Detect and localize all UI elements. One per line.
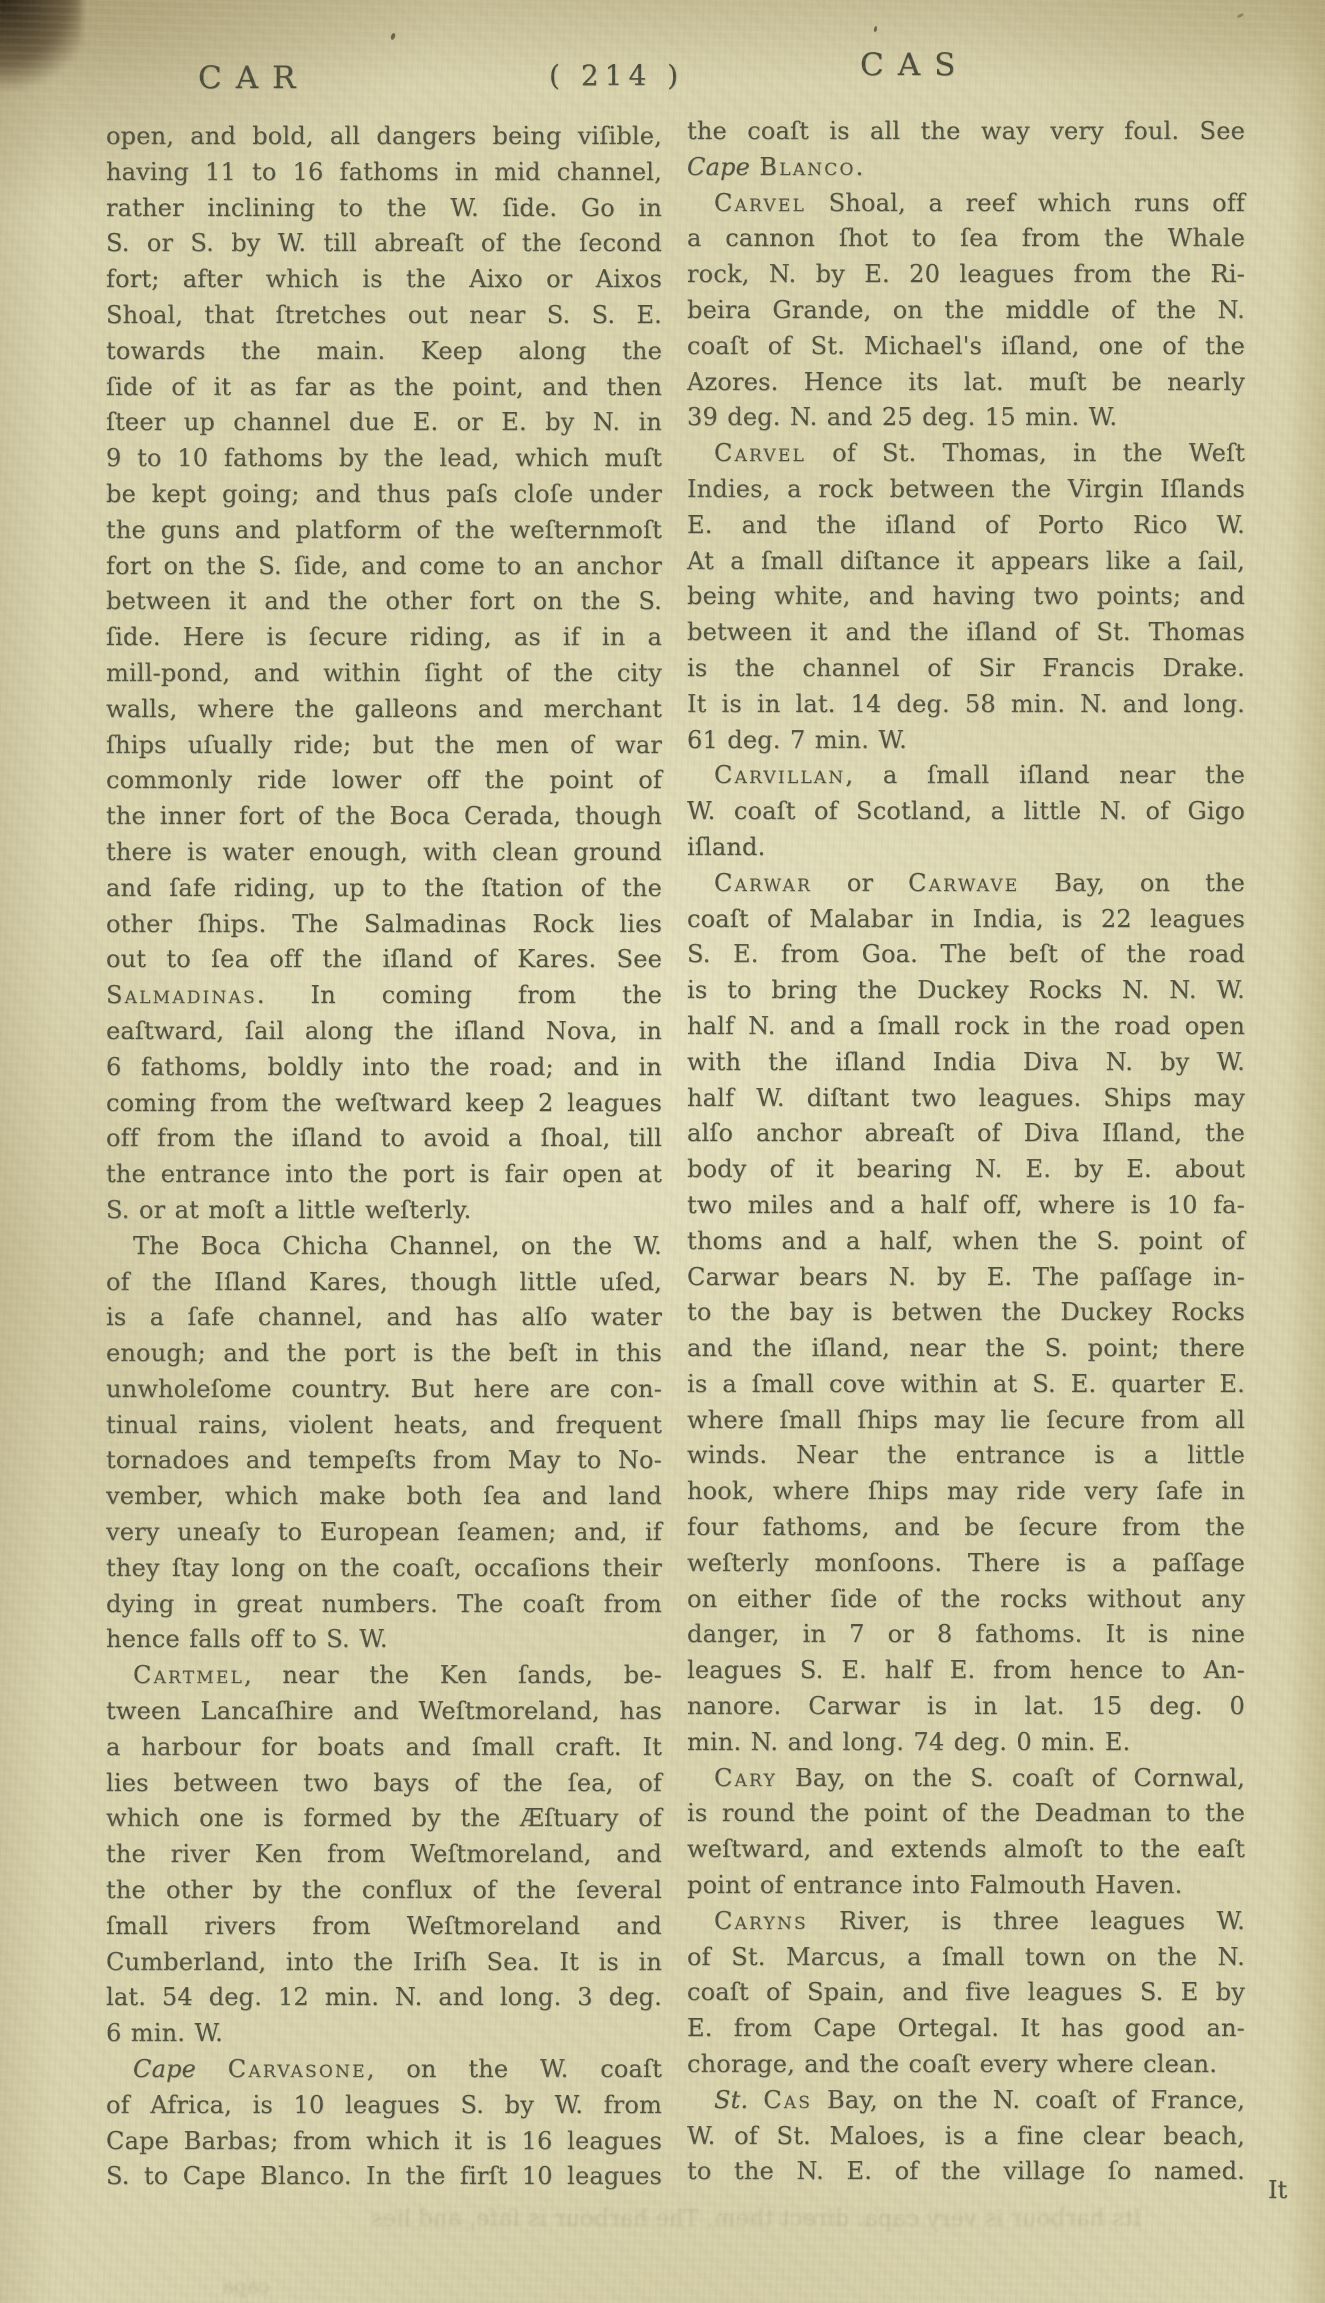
text-line: four fathoms, and be ſecure from the bbox=[687, 1510, 1245, 1546]
text-line: lat. 54 deg. 12 min. N. and long. 3 deg. bbox=[106, 1980, 662, 2016]
text-line: min. N. and long. 74 deg. 0 min. E. bbox=[687, 1725, 1245, 1761]
text-line: the other by the conflux of the ſeveral bbox=[106, 1873, 662, 1909]
text-segment: ſmall rivers from Weſtmoreland and bbox=[106, 1912, 662, 1940]
entry-name-smallcaps: Carvasone bbox=[228, 2055, 367, 2083]
text-segment: Bay, on the N. coaſt of France, bbox=[812, 2086, 1245, 2114]
text-line: weſtward, and extends almoſt to the eaſt bbox=[687, 1832, 1245, 1868]
text-segment: weſterly monſoons. There is a paſſage bbox=[687, 1549, 1245, 1577]
text-line: hence falls off to S. W. bbox=[106, 1622, 662, 1658]
text-segment: Shoal, a reef which runs off bbox=[806, 189, 1245, 217]
text-line: St. Cas Bay, on the N. coaſt of France, bbox=[687, 2083, 1245, 2119]
text-segment: S. or at moſt a little weſterly. bbox=[106, 1196, 471, 1224]
text-line: S. or at moſt a little weſterly. bbox=[106, 1193, 662, 1229]
text-segment: is a ſmall cove within at S. E. quarter … bbox=[687, 1370, 1245, 1398]
text-segment: two miles and a half off, where is 10 fa… bbox=[687, 1191, 1245, 1219]
text-segment: , a ſmall iſland near the bbox=[845, 761, 1245, 789]
text-line: be kept going; and thus paſs cloſe under bbox=[106, 477, 662, 513]
text-segment: vember, which make both ſea and land bbox=[106, 1482, 662, 1510]
text-segment: of the Iſland Kares, though little uſed, bbox=[106, 1268, 662, 1296]
text-line: being white, and having two points; and bbox=[687, 579, 1245, 615]
text-segment: Bay, on the S. coaſt of Cornwal, bbox=[777, 1764, 1245, 1792]
text-line: lies between two bays of the ſea, of bbox=[106, 1766, 662, 1802]
text-line: of St. Marcus, a ſmall town on the N. bbox=[687, 1940, 1245, 1976]
text-segment: Carwar bears N. by E. The paſſage in- bbox=[687, 1263, 1245, 1291]
text-segment: the river Ken from Weſtmoreland, and bbox=[106, 1840, 662, 1868]
text-segment: eaſtward, ſail along the iſland Nova, in bbox=[106, 1017, 662, 1045]
text-segment: coaſt of Spain, and five leagues S. E by bbox=[687, 1978, 1245, 2006]
text-line: the river Ken from Weſtmoreland, and bbox=[106, 1837, 662, 1873]
text-line: open, and bold, all dangers being viſibl… bbox=[106, 119, 662, 155]
text-segment: . bbox=[856, 153, 864, 181]
text-segment: the guns and platform of the weſternmoſt bbox=[106, 516, 662, 544]
text-segment: coaſt of Malabar in India, is 22 leagues bbox=[687, 905, 1245, 933]
text-line: they ſtay long on the coaſt, occaſions t… bbox=[106, 1551, 662, 1587]
text-segment: towards the main. Keep along the bbox=[106, 337, 662, 365]
text-segment: ſhips uſually ride; but the men of war bbox=[106, 731, 662, 759]
text-line: ſide of it as far as the point, and then bbox=[106, 370, 662, 406]
text-line: is to bring the Duckey Rocks N. N. W. bbox=[687, 973, 1245, 1009]
entry-name-smallcaps: Salmadinas bbox=[106, 981, 257, 1009]
text-line: chorage, and the coaſt every where clean… bbox=[687, 2047, 1245, 2083]
text-segment: a cannon ſhot to ſea from the Whale bbox=[687, 224, 1245, 252]
text-line: and the iſland, near the S. point; there bbox=[687, 1331, 1245, 1367]
text-segment: walls, where the galleons and merchant bbox=[106, 695, 662, 723]
text-segment: Shoal, that ſtretches out near S. S. E. bbox=[106, 301, 662, 329]
text-segment: hence falls off to S. W. bbox=[106, 1625, 388, 1653]
text-segment: or bbox=[812, 869, 908, 897]
text-segment: alſo anchor abreaſt of Diva Iſland, the bbox=[687, 1119, 1245, 1147]
text-segment: very uneaſy to European ſeamen; and, if bbox=[106, 1518, 662, 1546]
text-line: winds. Near the entrance is a little bbox=[687, 1438, 1245, 1474]
text-segment: , on the W. coaſt bbox=[367, 2055, 662, 2083]
text-segment: beira Grande, on the middle of the N. bbox=[687, 296, 1245, 324]
text-line: Indies, a rock between the Virgin Iſland… bbox=[687, 472, 1245, 508]
text-segment: four fathoms, and be ſecure from the bbox=[687, 1513, 1245, 1541]
text-segment: they ſtay long on the coaſt, occaſions t… bbox=[106, 1554, 662, 1582]
italic-text: Cape bbox=[133, 2055, 228, 2083]
text-line: The Boca Chicha Channel, on the W. bbox=[106, 1229, 662, 1265]
text-segment: E. and the iſland of Porto Rico W. bbox=[687, 511, 1245, 539]
text-line: is round the point of the Deadman to the bbox=[687, 1796, 1245, 1832]
entry-name-smallcaps: Cartmel bbox=[133, 1661, 244, 1689]
text-line: the guns and platform of the weſternmoſt bbox=[106, 513, 662, 549]
text-line: Cumberland, into the Iriſh Sea. It is in bbox=[106, 1945, 662, 1981]
text-segment: the coaſt is all the way very foul. See bbox=[687, 117, 1245, 145]
scan-dark-corner bbox=[0, 0, 82, 94]
text-line: Carvillan, a ſmall iſland near the bbox=[687, 758, 1245, 794]
text-segment: and the iſland, near the S. point; there bbox=[687, 1334, 1245, 1362]
text-line: S. or S. by W. till abreaſt of the ſecon… bbox=[106, 226, 662, 262]
text-line: enough; and the port is the beſt in this bbox=[106, 1336, 662, 1372]
italic-text: St. bbox=[714, 2086, 763, 2114]
text-segment: S. to Cape Blanco. In the firſt 10 leagu… bbox=[106, 2162, 662, 2190]
text-segment: E. from Cape Ortegal. It has good an- bbox=[687, 2014, 1245, 2042]
text-segment: 6 min. W. bbox=[106, 2019, 223, 2047]
text-segment: being white, and having two points; and bbox=[687, 582, 1245, 610]
text-line: the coaſt is all the way very foul. See bbox=[687, 114, 1245, 150]
text-segment: of St. Thomas, in the Weſt bbox=[806, 439, 1245, 467]
text-segment: between it and the iſland of St. Thomas bbox=[687, 618, 1245, 646]
text-line: 6 min. W. bbox=[106, 2016, 662, 2052]
text-line: the entrance into the port is fair open … bbox=[106, 1157, 662, 1193]
text-line: It is in lat. 14 deg. 58 min. N. and lon… bbox=[687, 687, 1245, 723]
text-line: At a ſmall diſtance it appears like a ſa… bbox=[687, 544, 1245, 580]
text-line: ſteer up channel due E. or E. by N. in bbox=[106, 405, 662, 441]
text-segment: is round the point of the Deadman to the bbox=[687, 1799, 1245, 1827]
text-line: S. to Cape Blanco. In the firſt 10 leagu… bbox=[106, 2159, 662, 2195]
text-segment: Cape Barbas; from which it is 16 leagues bbox=[106, 2127, 662, 2155]
text-segment: coaſt of St. Michael's iſland, one of th… bbox=[687, 332, 1245, 360]
text-segment: out to ſea off the iſland of Kares. See bbox=[106, 945, 662, 973]
text-line: point of entrance into Falmouth Haven. bbox=[687, 1868, 1245, 1904]
text-line: coaſt of Malabar in India, is 22 leagues bbox=[687, 902, 1245, 938]
text-line: Cartmel, near the Ken ſands, be- bbox=[106, 1658, 662, 1694]
text-line: body of it bearing N. E. by E. about bbox=[687, 1152, 1245, 1188]
text-segment: where ſmall ſhips may lie ſecure from al… bbox=[687, 1406, 1245, 1434]
italic-text: Cape bbox=[687, 153, 759, 181]
text-segment: weſtward, and extends almoſt to the eaſt bbox=[687, 1835, 1245, 1863]
text-line: W. coaſt of Scotland, a little N. of Gig… bbox=[687, 794, 1245, 830]
text-line: rather inclining to the W. ſide. Go in bbox=[106, 191, 662, 227]
text-line: walls, where the galleons and merchant bbox=[106, 692, 662, 728]
text-line: to the N. E. of the village ſo named. bbox=[687, 2154, 1245, 2190]
text-segment: off from the iſland to avoid a ſhoal, ti… bbox=[106, 1124, 662, 1152]
text-segment: fort on the S. ſide, and come to an anch… bbox=[106, 552, 662, 580]
text-line: having 11 to 16 fathoms in mid channel, bbox=[106, 155, 662, 191]
text-line: leagues S. E. half E. from hence to An- bbox=[687, 1653, 1245, 1689]
text-segment: Bay, on the bbox=[1019, 869, 1245, 897]
text-segment: point of entrance into Falmouth Haven. bbox=[687, 1871, 1182, 1899]
text-line: eaſtward, ſail along the iſland Nova, in bbox=[106, 1014, 662, 1050]
text-segment: iſland. bbox=[687, 833, 765, 861]
text-column-left: open, and bold, all dangers being viſibl… bbox=[106, 119, 662, 2195]
text-line: Cary Bay, on the S. coaſt of Cornwal, bbox=[687, 1761, 1245, 1797]
text-line: unwholeſome country. But here are con- bbox=[106, 1372, 662, 1408]
text-segment: Indies, a rock between the Virgin Iſland… bbox=[687, 475, 1245, 503]
text-segment: is to bring the Duckey Rocks N. N. W. bbox=[687, 976, 1245, 1004]
ink-speck bbox=[390, 33, 396, 41]
bleed-through-text: Its harbour is very capa. direct them. T… bbox=[132, 2206, 1142, 2232]
text-segment: there is water enough, with clean ground bbox=[106, 838, 662, 866]
text-segment: with the iſland India Diva N. by W. bbox=[687, 1048, 1245, 1076]
text-segment: 39 deg. N. and 25 deg. 15 min. W. bbox=[687, 403, 1117, 431]
text-line: is a ſmall cove within at S. E. quarter … bbox=[687, 1367, 1245, 1403]
text-line: E. from Cape Ortegal. It has good an- bbox=[687, 2011, 1245, 2047]
text-line: with the iſland India Diva N. by W. bbox=[687, 1045, 1245, 1081]
text-segment: tinual rains, violent heats, and frequen… bbox=[106, 1411, 662, 1439]
bleed-through-text: capa bbox=[150, 2274, 270, 2298]
text-segment: S. or S. by W. till abreaſt of the ſecon… bbox=[106, 229, 662, 257]
text-line: the inner fort of the Boca Cerada, thoug… bbox=[106, 799, 662, 835]
text-segment: S. E. from Goa. The beſt of the road bbox=[687, 940, 1245, 968]
text-line: coaſt of Spain, and five leagues S. E by bbox=[687, 1975, 1245, 2011]
text-segment: mill-pond, and within ſight of the city bbox=[106, 659, 662, 687]
text-line: 6 fathoms, boldly into the road; and in bbox=[106, 1050, 662, 1086]
text-segment: It is in lat. 14 deg. 58 min. N. and lon… bbox=[687, 690, 1245, 718]
text-line: a cannon ſhot to ſea from the Whale bbox=[687, 221, 1245, 257]
text-line: Cape Barbas; from which it is 16 leagues bbox=[106, 2124, 662, 2160]
text-line: W. of St. Maloes, is a fine clear beach, bbox=[687, 2119, 1245, 2155]
text-segment: leagues S. E. half E. from hence to An- bbox=[687, 1656, 1245, 1684]
text-segment: lies between two bays of the ſea, of bbox=[106, 1769, 662, 1797]
text-segment: which one is formed by the Æſtuary of bbox=[106, 1804, 662, 1832]
entry-name-smallcaps: Cary bbox=[714, 1764, 777, 1792]
text-segment: to the bay is betwen the Duckey Rocks bbox=[687, 1298, 1245, 1326]
text-segment: ſide. Here is ſecure riding, as if in a bbox=[106, 623, 662, 651]
text-line: Salmadinas. In coming from the bbox=[106, 978, 662, 1014]
text-line: Shoal, that ſtretches out near S. S. E. bbox=[106, 298, 662, 334]
text-segment: be kept going; and thus paſs cloſe under bbox=[106, 480, 662, 508]
text-line: coaſt of St. Michael's iſland, one of th… bbox=[687, 329, 1245, 365]
text-line: fort on the S. ſide, and come to an anch… bbox=[106, 549, 662, 585]
text-segment: having 11 to 16 fathoms in mid channel, bbox=[106, 158, 662, 186]
text-segment: ſteer up channel due E. or E. by N. in bbox=[106, 408, 662, 436]
text-segment: the inner fort of the Boca Cerada, thoug… bbox=[106, 802, 662, 830]
text-segment: hook, where ſhips may ride very ſafe in bbox=[687, 1477, 1245, 1505]
text-line: off from the iſland to avoid a ſhoal, ti… bbox=[106, 1121, 662, 1157]
text-line: tween Lancaſhire and Weſtmoreland, has bbox=[106, 1694, 662, 1730]
text-segment: a harbour for boats and ſmall craft. It bbox=[106, 1733, 662, 1761]
text-segment: the entrance into the port is fair open … bbox=[106, 1160, 662, 1188]
text-line: other ſhips. The Salmadinas Rock lies bbox=[106, 907, 662, 943]
text-segment: of Africa, is 10 leagues S. by W. from bbox=[106, 2091, 662, 2119]
text-segment: of St. Marcus, a ſmall town on the N. bbox=[687, 1943, 1245, 1971]
text-line: tornadoes and tempeſts from May to No- bbox=[106, 1443, 662, 1479]
text-segment: 9 to 10 fathoms by the lead, which muſt bbox=[106, 444, 662, 472]
text-segment: and ſafe riding, up to the ſtation of th… bbox=[106, 874, 662, 902]
text-line: half W. diſtant two leagues. Ships may bbox=[687, 1081, 1245, 1117]
text-line: very uneaſy to European ſeamen; and, if bbox=[106, 1515, 662, 1551]
text-line: towards the main. Keep along the bbox=[106, 334, 662, 370]
page-edge-shading bbox=[1289, 0, 1325, 2303]
text-line: Carvel Shoal, a reef which runs off bbox=[687, 186, 1245, 222]
entry-name-smallcaps: Carwar bbox=[714, 869, 812, 897]
text-line: a harbour for boats and ſmall craft. It bbox=[106, 1730, 662, 1766]
text-line: half N. and a ſmall rock in the road ope… bbox=[687, 1009, 1245, 1045]
text-segment: unwholeſome country. But here are con- bbox=[106, 1375, 662, 1403]
text-line: vember, which make both ſea and land bbox=[106, 1479, 662, 1515]
text-line: Cape Blanco. bbox=[687, 150, 1245, 186]
text-segment: 6 fathoms, boldly into the road; and in bbox=[106, 1053, 662, 1081]
text-line: Caryns River, is three leagues W. bbox=[687, 1904, 1245, 1940]
text-line: Carwar or Carwave Bay, on the bbox=[687, 866, 1245, 902]
page-number: ( 214 ) bbox=[549, 59, 684, 92]
text-line: hook, where ſhips may ride very ſafe in bbox=[687, 1474, 1245, 1510]
text-line: weſterly monſoons. There is a paſſage bbox=[687, 1546, 1245, 1582]
text-line: and ſafe riding, up to the ſtation of th… bbox=[106, 871, 662, 907]
text-segment: W. of St. Maloes, is a fine clear beach, bbox=[687, 2122, 1245, 2150]
text-segment: half N. and a ſmall rock in the road ope… bbox=[687, 1012, 1245, 1040]
text-line: of the Iſland Kares, though little uſed, bbox=[106, 1265, 662, 1301]
text-segment: At a ſmall diſtance it appears like a ſa… bbox=[687, 547, 1245, 575]
text-segment: rather inclining to the W. ſide. Go in bbox=[106, 194, 662, 222]
text-segment: River, is three leagues W. bbox=[808, 1907, 1245, 1935]
text-segment: , near the Ken ſands, be- bbox=[244, 1661, 662, 1689]
text-segment: fort; after which is the Aixo or Aixos bbox=[106, 265, 662, 293]
text-segment: chorage, and the coaſt every where clean… bbox=[687, 2050, 1217, 2078]
running-head-left: CAR bbox=[198, 60, 309, 96]
text-line: two miles and a half off, where is 10 fa… bbox=[687, 1188, 1245, 1224]
text-segment: is the channel of Sir Francis Drake. bbox=[687, 654, 1245, 682]
entry-name-smallcaps: Caryns bbox=[714, 1907, 808, 1935]
text-line: 9 to 10 fathoms by the lead, which muſt bbox=[106, 441, 662, 477]
text-segment: tornadoes and tempeſts from May to No- bbox=[106, 1446, 662, 1474]
text-segment: danger, in 7 or 8 fathoms. It is nine bbox=[687, 1620, 1245, 1648]
text-line: Azores. Hence its lat. muſt be nearly bbox=[687, 365, 1245, 401]
text-segment: on either ſide of the rocks without any bbox=[687, 1585, 1245, 1613]
entry-name-smallcaps: Cas bbox=[763, 2086, 812, 2114]
text-column-right: the coaſt is all the way very foul. SeeC… bbox=[687, 114, 1245, 2190]
ink-speck bbox=[873, 26, 877, 32]
entry-name-smallcaps: Blanco bbox=[759, 153, 855, 181]
text-segment: 61 deg. 7 min. W. bbox=[687, 726, 907, 754]
text-line: between it and the iſland of St. Thomas bbox=[687, 615, 1245, 651]
text-line: which one is formed by the Æſtuary of bbox=[106, 1801, 662, 1837]
entry-name-smallcaps: Carwave bbox=[908, 869, 1019, 897]
text-segment: ſide of it as far as the point, and then bbox=[106, 373, 662, 401]
text-segment: . In coming from the bbox=[257, 981, 662, 1009]
text-segment: W. coaſt of Scotland, a little N. of Gig… bbox=[687, 797, 1245, 825]
text-segment: Azores. Hence its lat. muſt be nearly bbox=[687, 368, 1245, 396]
text-line: is a ſafe channel, and has alſo water bbox=[106, 1300, 662, 1336]
text-segment: The Boca Chicha Channel, on the W. bbox=[133, 1232, 662, 1260]
text-line: danger, in 7 or 8 fathoms. It is nine bbox=[687, 1617, 1245, 1653]
text-segment: enough; and the port is the beſt in this bbox=[106, 1339, 662, 1367]
text-line: mill-pond, and within ſight of the city bbox=[106, 656, 662, 692]
text-line: thoms and a half, when the S. point of bbox=[687, 1224, 1245, 1260]
text-segment: the other by the conflux of the ſeveral bbox=[106, 1876, 662, 1904]
text-line: where ſmall ſhips may lie ſecure from al… bbox=[687, 1403, 1245, 1439]
text-line: iſland. bbox=[687, 830, 1245, 866]
text-segment: coming from the weſtward keep 2 leagues bbox=[106, 1089, 662, 1117]
text-line: Cape Carvasone, on the W. coaſt bbox=[106, 2052, 662, 2088]
text-segment: open, and bold, all dangers being viſibl… bbox=[106, 122, 662, 150]
text-line: commonly ride lower off the point of bbox=[106, 763, 662, 799]
entry-name-smallcaps: Carvillan bbox=[714, 761, 845, 789]
text-line: coming from the weſtward keep 2 leagues bbox=[106, 1086, 662, 1122]
text-segment: body of it bearing N. E. by E. about bbox=[687, 1155, 1245, 1183]
running-head-right: CAS bbox=[860, 47, 969, 83]
text-segment: nanore. Carwar is in lat. 15 deg. 0 bbox=[687, 1692, 1245, 1720]
text-segment: to the N. E. of the village ſo named. bbox=[687, 2157, 1245, 2185]
text-segment: rock, N. by E. 20 leagues from the Ri- bbox=[687, 260, 1245, 288]
text-line: S. E. from Goa. The beſt of the road bbox=[687, 937, 1245, 973]
text-line: E. and the iſland of Porto Rico W. bbox=[687, 508, 1245, 544]
text-line: between it and the other fort on the S. bbox=[106, 584, 662, 620]
text-line: nanore. Carwar is in lat. 15 deg. 0 bbox=[687, 1689, 1245, 1725]
text-segment: commonly ride lower off the point of bbox=[106, 766, 662, 794]
text-line: fort; after which is the Aixo or Aixos bbox=[106, 262, 662, 298]
text-line: 39 deg. N. and 25 deg. 15 min. W. bbox=[687, 400, 1245, 436]
text-segment: winds. Near the entrance is a little bbox=[687, 1441, 1245, 1469]
text-line: ſhips uſually ride; but the men of war bbox=[106, 728, 662, 764]
text-segment: tween Lancaſhire and Weſtmoreland, has bbox=[106, 1697, 662, 1725]
text-segment: thoms and a half, when the S. point of bbox=[687, 1227, 1245, 1255]
text-segment: other ſhips. The Salmadinas Rock lies bbox=[106, 910, 662, 938]
text-line: out to ſea off the iſland of Kares. See bbox=[106, 942, 662, 978]
text-segment: half W. diſtant two leagues. Ships may bbox=[687, 1084, 1245, 1112]
text-line: is the channel of Sir Francis Drake. bbox=[687, 651, 1245, 687]
text-segment: is a ſafe channel, and has alſo water bbox=[106, 1303, 662, 1331]
catchword: It bbox=[1268, 2176, 1287, 2204]
text-line: to the bay is betwen the Duckey Rocks bbox=[687, 1295, 1245, 1331]
text-line: of Africa, is 10 leagues S. by W. from bbox=[106, 2088, 662, 2124]
scanned-book-page: CAR ( 214 ) CAS open, and bold, all dang… bbox=[0, 0, 1325, 2303]
text-segment: between it and the other fort on the S. bbox=[106, 587, 662, 615]
entry-name-smallcaps: Carvel bbox=[714, 439, 806, 467]
text-line: dying in great numbers. The coaſt from bbox=[106, 1587, 662, 1623]
ink-speck bbox=[1237, 12, 1245, 18]
text-segment: min. N. and long. 74 deg. 0 min. E. bbox=[687, 1728, 1130, 1756]
text-line: Carvel of St. Thomas, in the Weſt bbox=[687, 436, 1245, 472]
entry-name-smallcaps: Carvel bbox=[714, 189, 806, 217]
text-line: tinual rains, violent heats, and frequen… bbox=[106, 1408, 662, 1444]
text-line: on either ſide of the rocks without any bbox=[687, 1582, 1245, 1618]
text-segment: Cumberland, into the Iriſh Sea. It is in bbox=[106, 1948, 662, 1976]
text-segment: dying in great numbers. The coaſt from bbox=[106, 1590, 662, 1618]
text-segment: lat. 54 deg. 12 min. N. and long. 3 deg. bbox=[106, 1983, 662, 2011]
text-line: there is water enough, with clean ground bbox=[106, 835, 662, 871]
text-line: ſide. Here is ſecure riding, as if in a bbox=[106, 620, 662, 656]
text-line: alſo anchor abreaſt of Diva Iſland, the bbox=[687, 1116, 1245, 1152]
text-line: rock, N. by E. 20 leagues from the Ri- bbox=[687, 257, 1245, 293]
text-line: 61 deg. 7 min. W. bbox=[687, 723, 1245, 759]
text-line: ſmall rivers from Weſtmoreland and bbox=[106, 1909, 662, 1945]
text-line: Carwar bears N. by E. The paſſage in- bbox=[687, 1260, 1245, 1296]
text-line: beira Grande, on the middle of the N. bbox=[687, 293, 1245, 329]
